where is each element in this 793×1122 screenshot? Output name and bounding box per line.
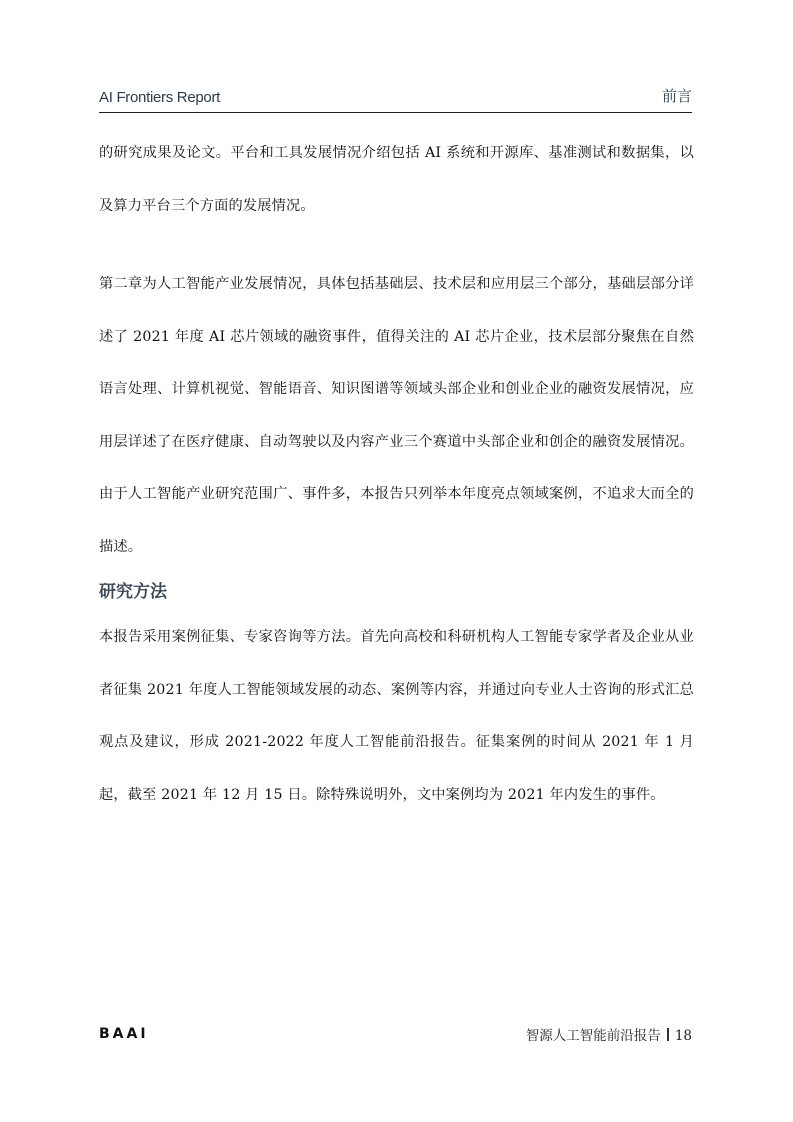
page-header: AI Frontiers Report 前言 <box>99 84 692 113</box>
baai-logo: BAAI <box>99 1026 149 1042</box>
section-heading-research-method: 研究方法 <box>99 577 167 602</box>
paragraph-chapter-two: 第二章为人工智能产业发展情况，具体包括基础层、技术层和应用层三个部分，基础层部分… <box>99 258 694 573</box>
footer-divider <box>667 1028 669 1041</box>
report-title: AI Frontiers Report <box>99 89 220 106</box>
page-footer: 智源人工智能前沿报告18 <box>526 1024 692 1044</box>
paragraph-research-method: 本报告采用案例征集、专家咨询等方法。首先向高校和科研机构人工智能专家学者及企业从… <box>99 611 694 821</box>
footer-report-name: 智源人工智能前沿报告 <box>526 1028 661 1044</box>
paragraph-intro-continued: 的研究成果及论文。平台和工具发展情况介绍包括 AI 系统和开源库、基准测试和数据… <box>99 127 694 232</box>
page-number: 18 <box>675 1028 692 1044</box>
section-label: 前言 <box>662 85 692 106</box>
